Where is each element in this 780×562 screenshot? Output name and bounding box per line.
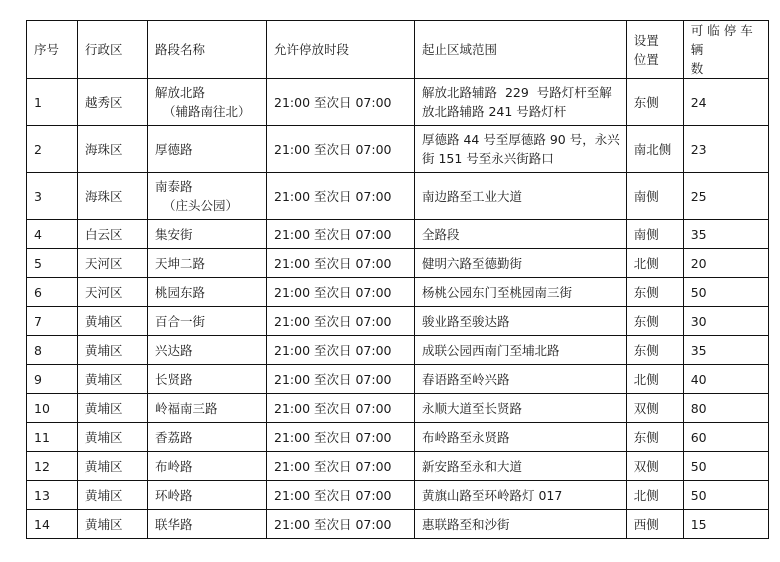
table-row: 6 天河区 桃园东路 21:00 至次日 07:00 杨桃公园东门至桃园南三街 …: [27, 278, 769, 307]
cell-index: 4: [27, 220, 78, 249]
cell-range: 永顺大道至长贤路: [415, 394, 627, 423]
cell-capacity: 23: [683, 126, 768, 173]
cell-position: 南侧: [626, 173, 683, 220]
table-row: 7 黄埔区 百合一街 21:00 至次日 07:00 骏业路至骏达路 东侧 30: [27, 307, 769, 336]
range-line2: 放北路辅路 241 号路灯杆: [422, 102, 620, 121]
cell-capacity: 50: [683, 481, 768, 510]
road-name: 天坤二路: [155, 254, 260, 273]
cell-position: 双侧: [626, 452, 683, 481]
range-line1: 骏业路至骏达路: [422, 312, 620, 331]
cell-capacity: 60: [683, 423, 768, 452]
road-name: 南泰路: [155, 177, 260, 196]
cell-road: 长贤路: [148, 365, 267, 394]
cell-range: 黄旗山路至环岭路灯 017: [415, 481, 627, 510]
cell-road: 布岭路: [148, 452, 267, 481]
cell-capacity: 35: [683, 220, 768, 249]
table-row: 1 越秀区 解放北路 （辅路南往北） 21:00 至次日 07:00 解放北路辅…: [27, 79, 769, 126]
range-line1: 健明六路至德勤街: [422, 254, 620, 273]
cell-position: 北侧: [626, 249, 683, 278]
range-line1: 厚德路 44 号至厚德路 90 号，永兴: [422, 130, 620, 149]
cell-position: 北侧: [626, 365, 683, 394]
cell-district: 天河区: [78, 278, 148, 307]
range-line1: 杨桃公园东门至桃园南三街: [422, 283, 620, 302]
cell-position: 东侧: [626, 336, 683, 365]
cell-road: 环岭路: [148, 481, 267, 510]
cell-index: 8: [27, 336, 78, 365]
road-name: 香荔路: [155, 428, 260, 447]
cell-position: 东侧: [626, 307, 683, 336]
table-row: 14 黄埔区 联华路 21:00 至次日 07:00 惠联路至和沙街 西侧 15: [27, 510, 769, 539]
header-capacity-line2: 数: [691, 59, 762, 78]
header-position-line2: 位置: [634, 50, 677, 69]
table-row: 11 黄埔区 香荔路 21:00 至次日 07:00 布岭路至永贤路 东侧 60: [27, 423, 769, 452]
cell-road: 百合一街: [148, 307, 267, 336]
range-line1: 全路段: [422, 225, 620, 244]
table-row: 3 海珠区 南泰路 （庄头公园） 21:00 至次日 07:00 南边路至工业大…: [27, 173, 769, 220]
header-district: 行政区: [78, 21, 148, 79]
cell-index: 12: [27, 452, 78, 481]
header-road: 路段名称: [148, 21, 267, 79]
cell-road: 桃园东路: [148, 278, 267, 307]
cell-hours: 21:00 至次日 07:00: [267, 481, 415, 510]
cell-index: 2: [27, 126, 78, 173]
header-row: 序号 行政区 路段名称 允许停放时段 起止区域范围 设置 位置 可临停车辆 数: [27, 21, 769, 79]
cell-position: 北侧: [626, 481, 683, 510]
table-row: 5 天河区 天坤二路 21:00 至次日 07:00 健明六路至德勤街 北侧 2…: [27, 249, 769, 278]
road-name: 厚德路: [155, 140, 260, 159]
cell-position: 南北侧: [626, 126, 683, 173]
cell-hours: 21:00 至次日 07:00: [267, 423, 415, 452]
cell-range: 厚德路 44 号至厚德路 90 号，永兴 街 151 号至永兴街路口: [415, 126, 627, 173]
cell-range: 惠联路至和沙街: [415, 510, 627, 539]
cell-capacity: 15: [683, 510, 768, 539]
cell-district: 白云区: [78, 220, 148, 249]
cell-range: 健明六路至德勤街: [415, 249, 627, 278]
cell-range: 新安路至永和大道: [415, 452, 627, 481]
cell-district: 越秀区: [78, 79, 148, 126]
road-name: 兴达路: [155, 341, 260, 360]
range-line1: 南边路至工业大道: [422, 187, 620, 206]
cell-range: 春语路至岭兴路: [415, 365, 627, 394]
cell-range: 解放北路辅路 229 号路灯杆至解 放北路辅路 241 号路灯杆: [415, 79, 627, 126]
cell-index: 1: [27, 79, 78, 126]
road-name: 联华路: [155, 515, 260, 534]
header-position: 设置 位置: [626, 21, 683, 79]
cell-road: 联华路: [148, 510, 267, 539]
road-name: 布岭路: [155, 457, 260, 476]
cell-district: 海珠区: [78, 173, 148, 220]
cell-position: 东侧: [626, 423, 683, 452]
cell-hours: 21:00 至次日 07:00: [267, 249, 415, 278]
cell-range: 布岭路至永贤路: [415, 423, 627, 452]
cell-road: 香荔路: [148, 423, 267, 452]
road-name: 百合一街: [155, 312, 260, 331]
cell-hours: 21:00 至次日 07:00: [267, 173, 415, 220]
cell-index: 13: [27, 481, 78, 510]
cell-index: 7: [27, 307, 78, 336]
cell-capacity: 35: [683, 336, 768, 365]
cell-hours: 21:00 至次日 07:00: [267, 307, 415, 336]
road-name: 解放北路: [155, 83, 260, 102]
range-line1: 新安路至永和大道: [422, 457, 620, 476]
cell-position: 西侧: [626, 510, 683, 539]
cell-range: 成联公园西南门至埔北路: [415, 336, 627, 365]
header-capacity-line1: 可临停车辆: [691, 21, 762, 59]
range-line1: 惠联路至和沙街: [422, 515, 620, 534]
road-sub: （辅路南往北）: [155, 102, 260, 121]
cell-hours: 21:00 至次日 07:00: [267, 452, 415, 481]
table-row: 10 黄埔区 岭福南三路 21:00 至次日 07:00 永顺大道至长贤路 双侧…: [27, 394, 769, 423]
table-row: 2 海珠区 厚德路 21:00 至次日 07:00 厚德路 44 号至厚德路 9…: [27, 126, 769, 173]
cell-district: 黄埔区: [78, 423, 148, 452]
range-line1: 成联公园西南门至埔北路: [422, 341, 620, 360]
cell-hours: 21:00 至次日 07:00: [267, 365, 415, 394]
header-capacity: 可临停车辆 数: [683, 21, 768, 79]
cell-road: 厚德路: [148, 126, 267, 173]
cell-index: 5: [27, 249, 78, 278]
header-range: 起止区域范围: [415, 21, 627, 79]
range-line1: 解放北路辅路 229 号路灯杆至解: [422, 83, 620, 102]
cell-capacity: 24: [683, 79, 768, 126]
cell-district: 黄埔区: [78, 307, 148, 336]
cell-capacity: 40: [683, 365, 768, 394]
parking-table: 序号 行政区 路段名称 允许停放时段 起止区域范围 设置 位置 可临停车辆 数 …: [26, 20, 769, 539]
cell-range: 杨桃公园东门至桃园南三街: [415, 278, 627, 307]
range-line1: 春语路至岭兴路: [422, 370, 620, 389]
cell-position: 双侧: [626, 394, 683, 423]
table-row: 12 黄埔区 布岭路 21:00 至次日 07:00 新安路至永和大道 双侧 5…: [27, 452, 769, 481]
cell-index: 11: [27, 423, 78, 452]
table-row: 8 黄埔区 兴达路 21:00 至次日 07:00 成联公园西南门至埔北路 东侧…: [27, 336, 769, 365]
cell-road: 解放北路 （辅路南往北）: [148, 79, 267, 126]
cell-hours: 21:00 至次日 07:00: [267, 79, 415, 126]
range-line1: 黄旗山路至环岭路灯 017: [422, 486, 620, 505]
cell-capacity: 80: [683, 394, 768, 423]
cell-capacity: 50: [683, 278, 768, 307]
cell-district: 黄埔区: [78, 336, 148, 365]
cell-hours: 21:00 至次日 07:00: [267, 510, 415, 539]
road-name: 集安街: [155, 225, 260, 244]
cell-hours: 21:00 至次日 07:00: [267, 278, 415, 307]
cell-range: 南边路至工业大道: [415, 173, 627, 220]
header-index: 序号: [27, 21, 78, 79]
header-hours: 允许停放时段: [267, 21, 415, 79]
cell-range: 全路段: [415, 220, 627, 249]
road-name: 岭福南三路: [155, 399, 260, 418]
cell-position: 东侧: [626, 278, 683, 307]
cell-hours: 21:00 至次日 07:00: [267, 336, 415, 365]
cell-hours: 21:00 至次日 07:00: [267, 220, 415, 249]
range-line1: 永顺大道至长贤路: [422, 399, 620, 418]
cell-hours: 21:00 至次日 07:00: [267, 394, 415, 423]
cell-capacity: 25: [683, 173, 768, 220]
cell-road: 岭福南三路: [148, 394, 267, 423]
road-name: 长贤路: [155, 370, 260, 389]
cell-index: 14: [27, 510, 78, 539]
cell-index: 3: [27, 173, 78, 220]
cell-position: 南侧: [626, 220, 683, 249]
cell-district: 黄埔区: [78, 481, 148, 510]
cell-capacity: 50: [683, 452, 768, 481]
cell-road: 南泰路 （庄头公园）: [148, 173, 267, 220]
range-line2: 街 151 号至永兴街路口: [422, 149, 620, 168]
road-name: 环岭路: [155, 486, 260, 505]
cell-index: 10: [27, 394, 78, 423]
cell-index: 9: [27, 365, 78, 394]
road-sub: （庄头公园）: [155, 196, 260, 215]
cell-road: 集安街: [148, 220, 267, 249]
table-row: 9 黄埔区 长贤路 21:00 至次日 07:00 春语路至岭兴路 北侧 40: [27, 365, 769, 394]
cell-district: 天河区: [78, 249, 148, 278]
table-row: 13 黄埔区 环岭路 21:00 至次日 07:00 黄旗山路至环岭路灯 017…: [27, 481, 769, 510]
cell-district: 黄埔区: [78, 510, 148, 539]
cell-capacity: 20: [683, 249, 768, 278]
range-line1: 布岭路至永贤路: [422, 428, 620, 447]
cell-district: 黄埔区: [78, 365, 148, 394]
header-position-line1: 设置: [634, 31, 677, 50]
cell-index: 6: [27, 278, 78, 307]
road-name: 桃园东路: [155, 283, 260, 302]
cell-range: 骏业路至骏达路: [415, 307, 627, 336]
cell-road: 天坤二路: [148, 249, 267, 278]
table-row: 4 白云区 集安街 21:00 至次日 07:00 全路段 南侧 35: [27, 220, 769, 249]
cell-district: 黄埔区: [78, 452, 148, 481]
cell-capacity: 30: [683, 307, 768, 336]
cell-district: 海珠区: [78, 126, 148, 173]
cell-position: 东侧: [626, 79, 683, 126]
cell-district: 黄埔区: [78, 394, 148, 423]
cell-hours: 21:00 至次日 07:00: [267, 126, 415, 173]
cell-road: 兴达路: [148, 336, 267, 365]
